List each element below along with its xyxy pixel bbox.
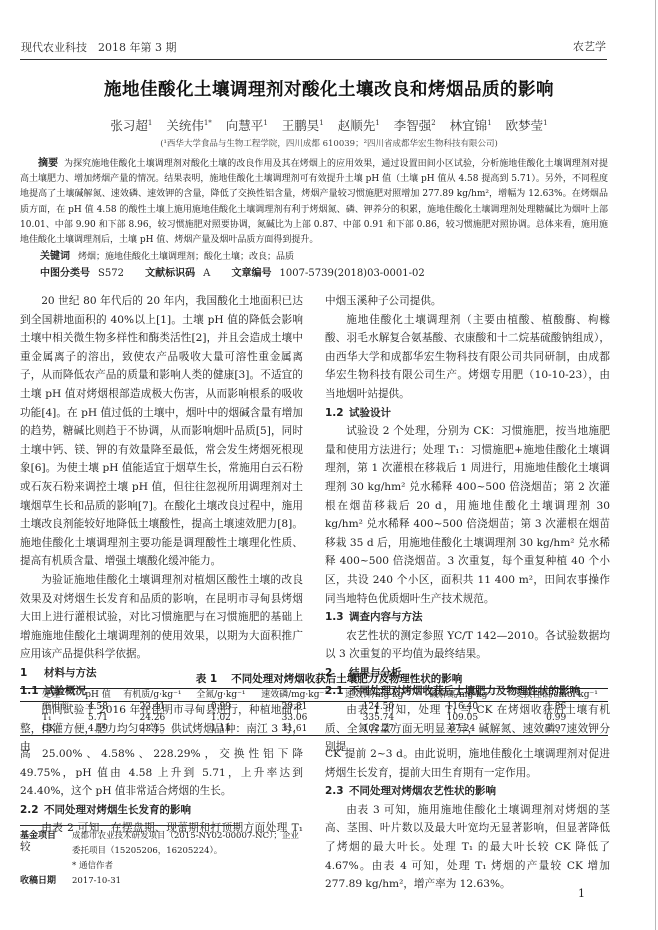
table-header-row: 处理 pH 值 有机质/g·kg⁻¹ 全氮/g·kg⁻¹ 速效磷/mg·kg⁻¹… bbox=[20, 689, 608, 702]
table-caption: 表 1不同处理对烤烟收获后土壤肥力及物理性状的影响 bbox=[0, 671, 658, 686]
article-no-label: 文章编号 bbox=[232, 268, 272, 279]
keywords-text: 烤烟；施地佳酸化土壤调理剂；酸化土壤；改良；品质 bbox=[78, 252, 294, 262]
author: 李智强2 bbox=[394, 118, 436, 133]
keywords-label: 关键词 bbox=[40, 251, 70, 262]
page-number: 1 bbox=[578, 887, 585, 900]
paper-title: 施地佳酸化土壤调理剂对酸化土壤改良和烤烟品质的影响 bbox=[0, 76, 658, 101]
intro-paragraph: 20 世纪 80 年代后的 20 年内，我国酸化土地面积已达到全国耕地面积的 4… bbox=[20, 292, 303, 571]
table-row: T₁ 5.71 24.26 1.02 33.06 335.74 109.05 0… bbox=[20, 713, 608, 724]
subsection-heading: 1.3调查内容与方法 bbox=[325, 608, 610, 627]
journal-header: 现代农业科技 2018 年第 3 期 bbox=[21, 39, 176, 55]
author: 林宜锦1 bbox=[450, 118, 492, 133]
footnotes: 基金项目成都市农业技术研发项目（2015-NY02-00007-NC）；企业委托… bbox=[20, 829, 310, 889]
table-row: CK 4.59 23.15 1.11 31.61 102.27 87.24 1.… bbox=[20, 724, 608, 736]
abstract-label: 摘要 bbox=[38, 158, 58, 169]
corresponding-note: * 通信作者 bbox=[20, 859, 310, 874]
author-list: 张习超1 关统伟1* 向慧平1 王鹏昊1 赵顺先1 李智强2 林宜锦1 欧梦莹1 bbox=[0, 116, 658, 134]
article-no-value: 1007-5739(2018)03-0001-02 bbox=[280, 268, 425, 279]
author: 向慧平1 bbox=[226, 118, 268, 133]
doc-code-label: 文献标识码 bbox=[145, 268, 195, 279]
body-paragraph: CK 提前 2~3 d。由此说明，施地佳酸化土壤调理剂对促进烤烟生长发育，提前大… bbox=[325, 745, 610, 782]
clc-value: S572 bbox=[98, 268, 124, 279]
affiliations: (¹西华大学食品与生物工程学院，四川成都 610039；²四川省成都华宏生物科技… bbox=[0, 137, 658, 149]
body-paragraph: 施地佳酸化土壤调理剂（主要由植酸、植酸酶、枸橼酸、羽毛水解复合氨基酸、衣康酸和十… bbox=[325, 311, 610, 404]
body-paragraph: 中烟玉溪种子公司提供。 bbox=[325, 292, 610, 311]
right-column-lower: CK 提前 2~3 d。由此说明，施地佳酸化土壤调理剂对促进烤烟生长发育，提前大… bbox=[325, 745, 610, 894]
abstract-text: 为探究施地佳酸化土壤调理剂对酸化土壤的改良作用及其在烤烟上的应用效果，通过设置田… bbox=[20, 159, 608, 245]
section-header: 农艺学 bbox=[573, 38, 606, 54]
received-note: 收稿日期2017-10-31 bbox=[20, 874, 310, 889]
header-rule bbox=[20, 59, 607, 60]
fund-note: 基金项目成都市农业技术研发项目（2015-NY02-00007-NC）；企业委托… bbox=[20, 829, 310, 859]
author: 关统伟1* bbox=[166, 118, 211, 133]
intro-paragraph: 为验证施地佳酸化土壤调理剂对植烟区酸性土壤的改良效果及对烤烟生长发育和品质的影响… bbox=[20, 571, 303, 664]
footnote-rule bbox=[20, 825, 240, 826]
body-paragraph: 试验设 2 个处理，分别为 CK：习惯施肥，按当地施肥量和使用方法进行；处理 T… bbox=[325, 422, 610, 608]
subsection-heading: 2.2不同处理对烤烟生长发育的影响 bbox=[20, 801, 303, 820]
body-paragraph: 由表 3 可知，施用施地佳酸化土壤调理剂对烤烟的茎高、茎围、叶片数以及最大叶宽均… bbox=[325, 801, 610, 894]
doc-code-value: A bbox=[203, 268, 210, 279]
classification-line: 中图分类号S572 文献标识码A 文章编号1007-5739(2018)03-0… bbox=[40, 264, 425, 279]
subsection-heading: 2.3不同处理对烤烟农艺性状的影响 bbox=[325, 782, 610, 801]
body-paragraph: 农艺性状的测定参照 YC/T 142—2010。各试验数据均以 3 次重复的平均… bbox=[325, 627, 610, 664]
author: 张习超1 bbox=[110, 118, 152, 133]
author: 欧梦莹1 bbox=[506, 118, 548, 133]
clc-label: 中图分类号 bbox=[40, 268, 90, 279]
soil-fertility-table: 处理 pH 值 有机质/g·kg⁻¹ 全氮/g·kg⁻¹ 速效磷/mg·kg⁻¹… bbox=[20, 688, 608, 736]
author: 王鹏昊1 bbox=[282, 118, 324, 133]
body-paragraph: 高 25.00%、4.58%、228.29%，交换性铝下降 49.75%，pH … bbox=[20, 745, 303, 801]
table-row: 施用前 4.58 23.41 0.99 29.81 124.50 116.40 … bbox=[20, 702, 608, 714]
keywords: 关键词烤烟；施地佳酸化土壤调理剂；酸化土壤；改良；品质 bbox=[40, 247, 294, 262]
abstract: 摘要 为探究施地佳酸化土壤调理剂对酸化土壤的改良作用及其在烤烟上的应用效果，通过… bbox=[20, 156, 608, 248]
author: 赵顺先1 bbox=[338, 118, 380, 133]
subsection-heading: 1.2试验设计 bbox=[325, 404, 610, 423]
